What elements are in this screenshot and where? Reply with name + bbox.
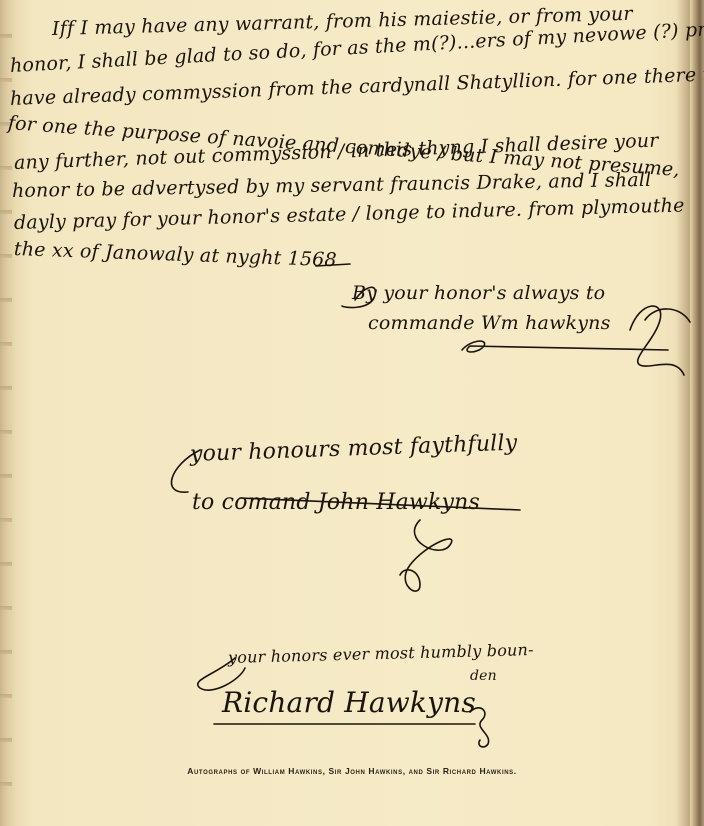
date-underline xyxy=(316,264,350,266)
closing-b-loop xyxy=(342,287,375,307)
william-underline-flourish xyxy=(462,341,668,352)
john-initial-loop xyxy=(171,450,200,492)
figure-caption: Autographs of William Hawkins, Sir John … xyxy=(0,766,704,776)
william-paraph-loop xyxy=(645,309,690,322)
john-paraph xyxy=(400,520,452,591)
signature-flourishes xyxy=(0,0,704,826)
william-paraph xyxy=(630,306,684,375)
richard-paraph xyxy=(470,708,489,747)
john-underline xyxy=(240,498,520,510)
richard-y-loop xyxy=(198,658,245,690)
